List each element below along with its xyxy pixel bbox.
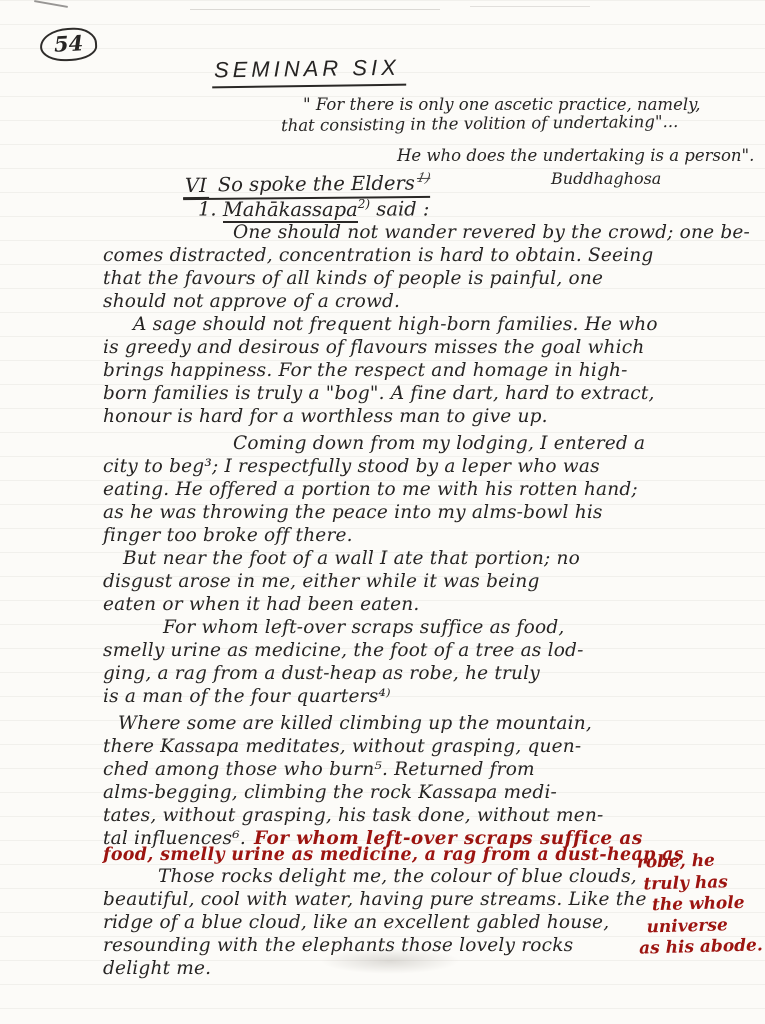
handwritten-line: finger too broke off there. [103,524,723,547]
handwritten-line: smelly urine as medicine, the foot of a … [103,639,723,662]
handwritten-line: is a man of the four quarters⁴⁾ [103,685,723,708]
item-number: 1. [198,198,217,221]
handwritten-line: For whom left-over scraps suffice as foo… [103,616,723,639]
pen-mark-artifact [34,0,68,8]
crossed-out-footnote-mark: 1) [415,171,431,186]
paragraph: A sage should not frequent high-born fam… [103,313,723,428]
page-title: SEMINAR SIX [212,55,406,89]
paragraph: But near the foot of a wall I ate that p… [103,547,723,616]
handwritten-line: A sage should not frequent high-born fam… [103,313,723,336]
handwritten-line: comes distracted, concentration is hard … [103,244,723,267]
handwritten-line: Where some are killed climbing up the mo… [103,712,723,735]
handwritten-line: tates, without grasping, his task done, … [103,804,723,827]
paragraph: Where some are killed climbing up the mo… [103,712,723,865]
paragraph: One should not wander revered by the cro… [103,221,723,313]
handwritten-line: ridge of a blue cloud, like an excellent… [103,911,723,934]
quote-line: " For there is only one ascetic practice… [303,95,701,114]
handwritten-line: brings happiness. For the respect and ho… [103,359,723,382]
red-margin-line: as his abode. [639,935,763,960]
section-heading-text: So spoke the Elders [218,172,415,197]
document-page: 54 SEMINAR SIX " For there is only one a… [0,0,765,1024]
scan-streak [190,9,440,10]
handwritten-line: One should not wander revered by the cro… [103,221,723,244]
speaker-name: Mahākassapa [223,198,358,223]
handwritten-line: there Kassapa meditates, without graspin… [103,735,723,758]
paragraph: For whom left-over scraps suffice as foo… [103,616,723,708]
scan-streak [470,6,590,7]
red-correction-line: food, smelly urine as medicine, a rag fr… [103,848,723,863]
quote-line: He who does the undertaking is a person"… [397,146,754,165]
red-margin-note: robe, he truly has the whole universe as… [637,849,763,960]
handwritten-line: honour is hard for a worthless man to gi… [103,405,723,428]
handwritten-line: should not approve of a crowd. [103,290,723,313]
handwritten-line: disgust arose in me, either while it was… [103,570,723,593]
handwritten-line: as he was throwing the peace into my alm… [103,501,723,524]
section-heading: VISo spoke the Elders1) [183,171,430,200]
paragraph: Coming down from my lodging, I entered a… [103,432,723,547]
red-margin-line: the whole [652,892,762,916]
quote-attribution: Buddhaghosa [551,169,661,188]
handwritten-line: Coming down from my lodging, I entered a [103,432,723,455]
speaker-said: said : [370,198,429,221]
page-number: 54 [39,27,98,63]
handwritten-line: is greedy and desirous of flavours misse… [103,336,723,359]
red-margin-line: universe [646,914,762,939]
speaker-heading: 1. Mahākassapa2) said : [198,197,429,221]
handwritten-line: born families is truly a "bog". A fine d… [103,382,723,405]
handwritten-line: Those rocks delight me, the colour of bl… [103,865,723,888]
handwritten-line: ging, a rag from a dust-heap as robe, he… [103,662,723,685]
body-text: One should not wander revered by the cro… [103,221,723,980]
quote-line: that consisting in the volition of under… [281,112,678,135]
handwritten-line: eating. He offered a portion to me with … [103,478,723,501]
red-margin-line: truly has [643,871,761,896]
handwritten-line: alms-begging, climbing the rock Kassapa … [103,781,723,804]
handwritten-line: delight me. [103,957,723,980]
handwritten-line: ched among those who burn⁵. Returned fro… [103,758,723,781]
handwritten-line: that the favours of all kinds of people … [103,267,723,290]
handwritten-line: But near the foot of a wall I ate that p… [103,547,723,570]
handwritten-line: eaten or when it had been eaten. [103,593,723,616]
handwritten-line: resounding with the elephants those love… [103,934,723,957]
footnote-mark: 2) [358,197,370,211]
paragraph: Those rocks delight me, the colour of bl… [103,865,723,980]
section-numeral: VI [183,173,209,198]
handwritten-line: city to beg³; I respectfully stood by a … [103,455,723,478]
handwritten-line: beautiful, cool with water, having pure … [103,888,723,911]
